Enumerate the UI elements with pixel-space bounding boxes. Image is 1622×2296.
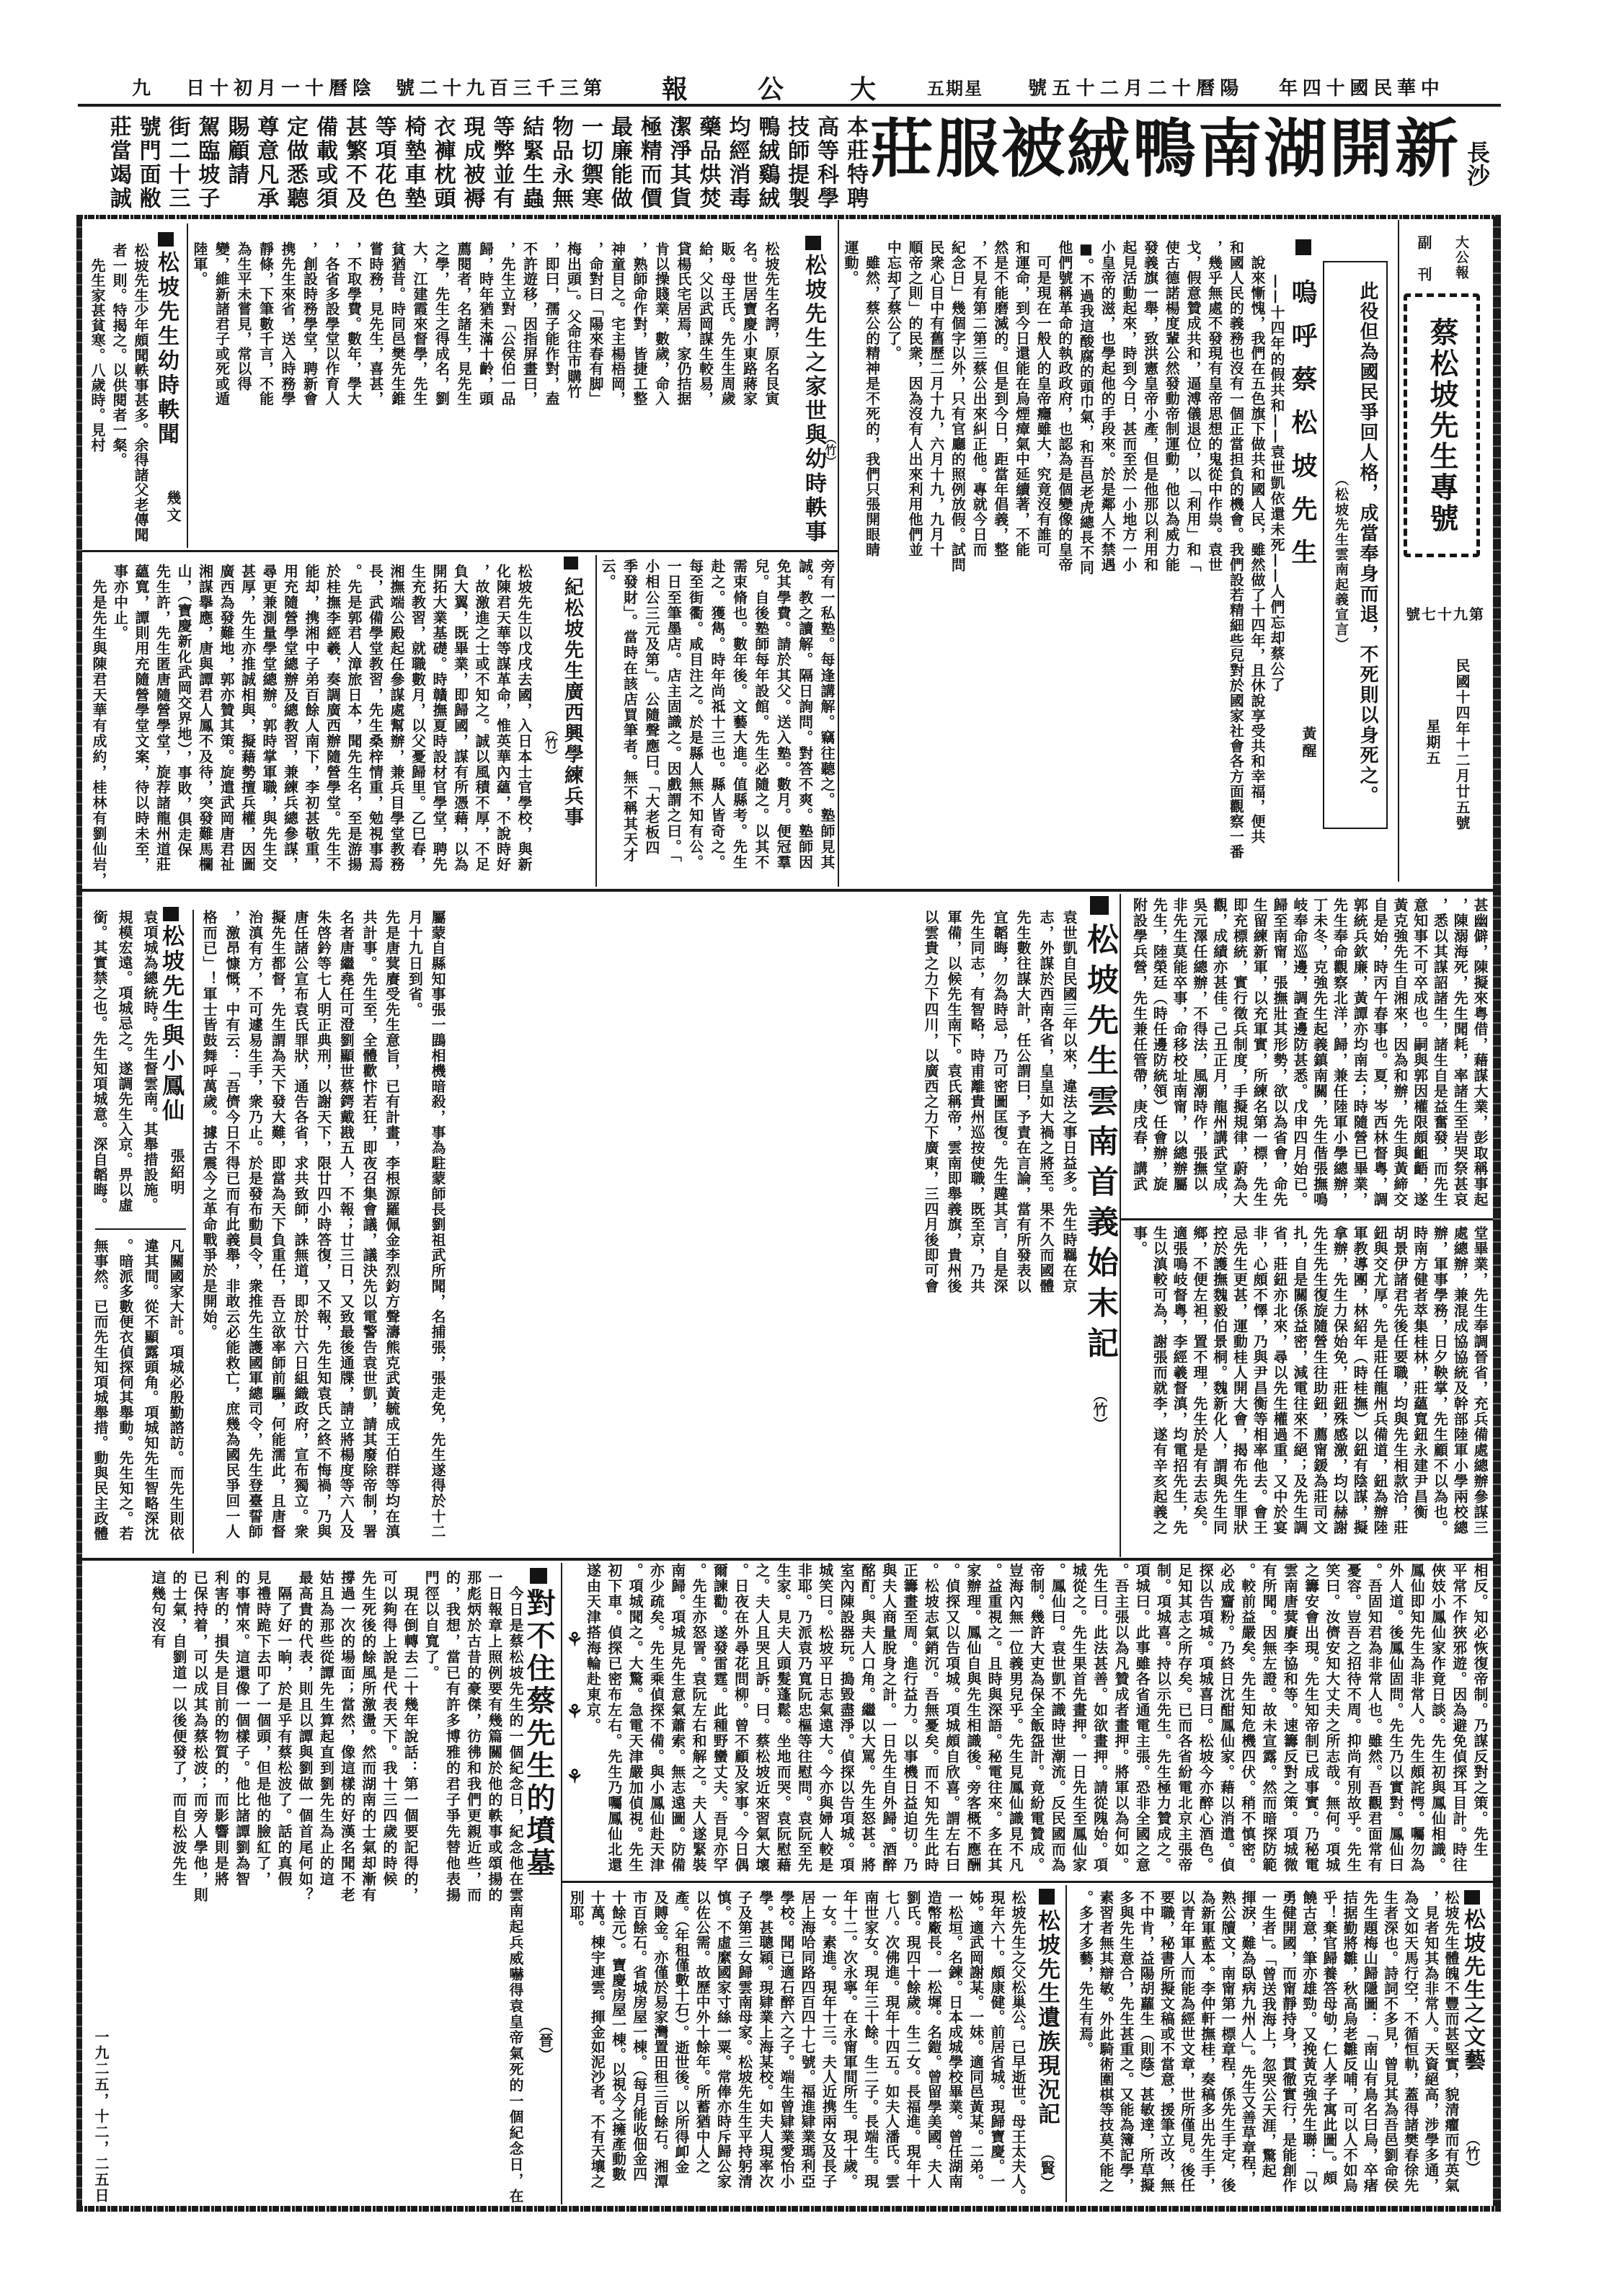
text-column: ，不見有第二第三蔡公出來糾正他。專就今日而 bbox=[967, 240, 989, 874]
text-column: 姑且為那些從譚先生算起直到劉先生為止的這 bbox=[315, 1570, 336, 2204]
text-column: 紀念日」幾個字以外，只有官廳的照例放假。試問 bbox=[947, 240, 968, 874]
ad-text-column: 最廉能做 bbox=[604, 115, 634, 212]
text-column: 時南方健者萃集桂林，莊蘊寬鈕永建尹昌衡 bbox=[1409, 1225, 1430, 1553]
text-column: 。吾固知君為非常人也。雖然。吾觀君面常有 bbox=[1363, 1563, 1384, 1880]
text-column: 起見活動起來，時到今日，甚而至於一小地方一小 bbox=[1117, 240, 1139, 874]
ad-shop-name: 新開湖南鴨絨被服莊 bbox=[870, 117, 1461, 180]
text-column: 雖然，蔡公的精神是不死的，我們只張開眼睛 bbox=[861, 240, 882, 874]
article-body-continued: 堂畢業，先生奉調晉省，充兵備處總辦參謀三處總辦，兼混成協協統及幹部陸軍小學兩校總… bbox=[1129, 1225, 1489, 1553]
text-column: 小皇帝的滋，也學起他的手段來。於是鄰人不禁遇 bbox=[1096, 240, 1118, 874]
text-column: 民衆心目中有舊歷二月十九，六月十九，九月十 bbox=[925, 240, 947, 874]
ad-text-column: 備載或須 bbox=[309, 115, 339, 212]
supplement-section-label: 副刊 bbox=[1415, 235, 1432, 298]
text-column: 辦，軍事學務，日夕鞅掌，先生顧不以為也。 bbox=[1430, 1225, 1450, 1553]
text-column: 隔了好一晌，於是乎有蔡松波了。話的真假 bbox=[273, 1570, 294, 2204]
column-divider bbox=[838, 220, 839, 887]
text-column: 為文如天馬行空，不循恒軌，蓋得諸樊春徐先 bbox=[1400, 1890, 1420, 2207]
text-column: 堂畢業，先生奉調晉省，充兵備處總辦參謀三 bbox=[1469, 1225, 1489, 1553]
text-column: 十萬。棟宇連雲。揮金如泥沙者。不有天壤之 bbox=[586, 1890, 607, 2207]
text-column: 南世家女。現年三十餘。生二子。長端生。現 bbox=[860, 1890, 881, 2207]
text-column: 袁世凱自民國三年以來，違法之事日益多。先生時羈在京 bbox=[1058, 910, 1081, 1555]
text-column: 事亦中止。 bbox=[109, 564, 130, 888]
text-column: 。益重視之。且時與深語。秘電往來。多在其 bbox=[983, 1563, 1004, 1880]
article-body: 袁世凱自民國三年以來，違法之事日益多。先生時羈在京志，外謀於西南各省，皇皇如大禍… bbox=[919, 910, 1081, 1555]
text-column: 揮淚，難為臥病九州人」。先生又善草章程， bbox=[1238, 1890, 1258, 2207]
ad-text-column: 潔淨其貨 bbox=[663, 115, 693, 212]
text-column: 及賻金。亦僅於易家灣置田租三百餘石。湘潭 bbox=[650, 1890, 670, 2207]
ad-text-column: 衣褲枕頭 bbox=[427, 115, 457, 212]
text-column: 朱啓鈐等七人明正典刑，以謝天下，限廿四小時答復，又不報，先生知袁氏之終不悔禍，乃… bbox=[311, 910, 334, 1555]
ad-text-column: 高等科學 bbox=[810, 115, 840, 212]
text-column: 貸楊氏宅居焉，家仍拮据 bbox=[673, 241, 695, 541]
text-column: 云。 bbox=[597, 559, 619, 887]
text-column: 神童目之。宅主楊梧岡， bbox=[606, 241, 629, 541]
ad-text-column: 鴨絨鷄絨 bbox=[751, 115, 781, 212]
text-column: ，不取學費。數年，學大 bbox=[342, 241, 365, 541]
ad-city: 長沙 bbox=[1463, 141, 1491, 187]
text-column: 鳳仙即知先生為非常人。先生頗詫愕。囑勿為 bbox=[1406, 1563, 1427, 1880]
text-column: 要職，秘書所擬文稿或不當意，援筆立改，無 bbox=[1156, 1890, 1176, 2207]
text-column: 歸，時年猶未滿十齡，頭 bbox=[474, 241, 497, 541]
quote-text: 此役但為國民爭回人格，成當奉身而退，不死則以身死之。 bbox=[1356, 281, 1379, 806]
text-column: 利害的，損失是目前的物質的，而影響則是將 bbox=[210, 1570, 231, 2204]
text-column: 先是唐蓂賡受先生意旨，已有計畫，李根源羅佩金李烈鈞方聲濤熊克武黃毓成王伯群等均在… bbox=[380, 910, 403, 1555]
text-column: 足知其志之所存矣。已而各省紛電北京主張帝 bbox=[1174, 1563, 1195, 1880]
column-divider bbox=[561, 1563, 562, 2204]
column-divider bbox=[595, 555, 597, 887]
text-column: 。日夜在外尋花問柳。曾不顧及家事。今日偶 bbox=[730, 1563, 750, 1880]
text-column: 戈，假意贊成共和，逼溥儀退位，以「利用」和「 bbox=[1182, 240, 1203, 874]
ad-text-column: 本莊特聘 bbox=[840, 115, 869, 212]
text-column: 先生死後的餘風所激盪。然而湖南的士氣却漸有 bbox=[358, 1570, 378, 2204]
text-column: 學校。聞已適石醉六之子。端生曾肄業愛怡小 bbox=[776, 1890, 797, 2207]
article-title: 嗚呼蔡松坡先生 bbox=[1288, 279, 1317, 582]
text-column: 附設學兵營，先生兼任管帶，庚戌春，講武 bbox=[1129, 897, 1149, 1215]
text-column: 規模宏遠。項城忌之。遂調先生入京。畀以虛 bbox=[112, 910, 137, 1227]
text-column: 共計事。先生至，全體歡忭若狂，即夜召集會議，議決先以電警告袁世凱，請其廢除帝制，… bbox=[357, 910, 380, 1555]
text-column: ，命對曰「陽來春有脚」 bbox=[585, 241, 607, 541]
text-column: 嘗時務，見先生，喜甚， bbox=[365, 241, 387, 541]
text-column: 學。甚聰穎。現肄業上海某校。如夫人現率次 bbox=[755, 1890, 776, 2207]
title-marker-icon bbox=[1039, 1889, 1055, 1905]
page-number: 九 bbox=[132, 79, 151, 98]
text-column: 以雲貴之力下四川，以廣西之力下廣東，三四月後即可會 bbox=[919, 910, 942, 1555]
title-marker-icon bbox=[1464, 1890, 1480, 1905]
text-column: 之學，先生之得成名，劉 bbox=[430, 241, 453, 541]
text-column: 現在倒轉去二十幾年說話：第一個要記得的， bbox=[399, 1570, 420, 2204]
text-column: 觀，成績亦甚佳。己丑正月，龍州講武堂成， bbox=[1209, 897, 1229, 1215]
paper-name-char: 大 bbox=[850, 76, 876, 102]
text-column: ，熟師命作對，皆捷工整 bbox=[629, 241, 651, 541]
text-column: 。暗派多數便衣偵探伺其舉動。先生知之。若 bbox=[112, 1238, 138, 1556]
text-column: 相反。知必恢復帝制。乃謀反對之策。先生 bbox=[1469, 1563, 1490, 1880]
text-column: 免其學費。請於其父。送入塾。數月。便冠羣 bbox=[772, 559, 794, 887]
text-column: 帝制。幾許大吏為保全飯盌計。竟紛電贊成。 bbox=[1025, 1563, 1046, 1880]
text-column: ，創設時務學堂，聘新會 bbox=[298, 241, 321, 541]
text-column: 姊。適武岡謝某。一妹。適同邑黃某。二弟。 bbox=[965, 1890, 985, 2207]
text-column: 那彪炳於古昔的豪傑，彷彿和我們更親近些，而 bbox=[462, 1570, 483, 2204]
text-column: 最高貴的代表，則且以譚與劉做一個首尾何如？ bbox=[294, 1570, 315, 2204]
text-column: 他們號稱革命的執政政府，也認為是個變像的皇帝 bbox=[1053, 240, 1075, 874]
text-column: 可以夠得上說是代表天下。我十三四歲的時候 bbox=[378, 1570, 399, 2204]
text-column: 和運命，到今日還能在烏煙瘴氣中延續著，不能 bbox=[1011, 240, 1032, 874]
article-title: 松坡先生雲南首義始末記 bbox=[1081, 923, 1117, 1367]
article-author: 張紹明 bbox=[168, 1148, 185, 1196]
title-marker-icon bbox=[163, 907, 179, 921]
text-column: 季發財」。當時在該店買筆者。無不稱其天才 bbox=[619, 559, 640, 887]
article-title: 對不住蔡先生的墳墓 bbox=[522, 1588, 555, 1880]
section-rule bbox=[82, 550, 838, 552]
text-column: 。松坡志氣銷沉。吾無憂矣。而不知先生此時 bbox=[920, 1563, 941, 1880]
text-column: 湘謀擧應，唐與譚君人鳳不及待，突發難馬欄 bbox=[194, 564, 216, 888]
text-column: 的，我想，當已有許多博雅的君子爭先替他表揚 bbox=[441, 1570, 462, 2204]
ad-text-column: 藥品烘焚 bbox=[693, 115, 722, 212]
section-rule bbox=[82, 889, 1493, 892]
text-column: 松坡先生體魄不豐而甚堅實，貌清癯而有英氣 bbox=[1441, 1890, 1461, 2207]
text-column: ，故激進之士或不知之。誠以風積不厚，不足 bbox=[471, 564, 492, 888]
text-column: 。偵探又以告項城。項城頗自欣喜。謂左右曰 bbox=[941, 1563, 962, 1880]
text-column: 之籌安會出現。先生知帝制已成事實。乃秘電 bbox=[1300, 1563, 1321, 1880]
article-author: 黃醒 bbox=[1300, 726, 1317, 761]
text-column: 使古德諾楊度輩公然發動帝制運動，他以為威力能 bbox=[1161, 240, 1182, 874]
text-column: 。先是郭君人漳旅日本，聞先生名，至是游揚 bbox=[343, 564, 365, 888]
text-column: 扎，自是關係益密，減電往來不絕；及先生調 bbox=[1289, 1225, 1309, 1553]
article-body: 今日是蔡松坡先生的一個紀念日，紀念他在雲南起兵威嚇得袁皇帝氣死的一個紀念日，在這… bbox=[146, 1570, 526, 2204]
page-left-border bbox=[76, 216, 82, 2210]
text-column: 城笑曰。松坡平日志氣遠大。今亦與婦人較是 bbox=[815, 1563, 836, 1880]
text-column: 項城曰。此事雖各省通電主張。恐非全國之意 bbox=[1131, 1563, 1152, 1880]
ad-text-column: 等弊並有 bbox=[486, 115, 515, 212]
text-column: 宜韜晦，勿為時忌，乃可密圖匡復。先生韙其言，自是深 bbox=[988, 910, 1011, 1555]
text-column: 唐任諸公宣布袁氏罪狀，通告各省，求共致師，誅無道，即於廿六日組織政府，宣布獨立。… bbox=[288, 910, 311, 1555]
ad-text-column: 技師提製 bbox=[781, 115, 810, 212]
text-column: 的士氣，自劉道一以後便發了，而自松波先生 bbox=[168, 1570, 189, 2204]
text-column: 十餘元）。寶慶房屋一棟。以視今之擁產動數 bbox=[607, 1890, 628, 2207]
title-marker-icon bbox=[158, 232, 174, 247]
text-column: 多與先生意合，先生甚重之。又能為簿記學， bbox=[1116, 1890, 1136, 2207]
lunar-date: 陰曆十一月初十日 bbox=[186, 79, 376, 98]
text-column: 。先生亦怒詈。袁阮左右和解之。夫人遂緊裝 bbox=[688, 1563, 709, 1880]
text-column: 。多才多藝，先生有焉。 bbox=[1075, 1890, 1095, 2207]
text-column: 松坡先生少年頗聞軼事甚多。余得諸父老傳聞 bbox=[130, 243, 151, 542]
text-column: 胡景伊諸君先後任要職，均與先生相款洽，莊 bbox=[1389, 1225, 1409, 1553]
article-title: 松坡先生之文藝 bbox=[1459, 1908, 1485, 2073]
text-column: 岐奉命巡邊，調查邊防甚悉。戊申四月始已。 bbox=[1289, 897, 1309, 1215]
text-column: 湘撫端公殿起任參謀處幫辦，兼兵目學堂教務 bbox=[386, 564, 407, 888]
text-column: 可是現在一般人的皇帝癮雖大，究竟沒有誰可 bbox=[1032, 240, 1053, 874]
text-column: 俠妓小鳳仙家作竟日談。先生初與鳳仙相識。 bbox=[1427, 1563, 1448, 1880]
text-column: 先生家甚貧寒。八歲時。見村 bbox=[87, 243, 108, 542]
text-column: 為生平未嘗見，常以得 bbox=[233, 241, 255, 541]
text-column: 一松垣。名鍊。日本成城學校畢業。曾任湖南 bbox=[944, 1890, 965, 2207]
text-column: 年十二。次永寧。在永甯軍間所生。現十歲。 bbox=[838, 1890, 859, 2207]
text-column: 松坡先生名諤，原名艮寅 bbox=[761, 241, 783, 541]
text-column: 銜。其實禁之也。先生知項城意。深自韜晦。 bbox=[87, 910, 112, 1227]
text-column: 。鳳仙曰。袁世凱不識時世潮流。反民國而為 bbox=[1047, 1563, 1068, 1880]
text-column: 市百餘石。省城房屋一棟。（每月能收佃金四 bbox=[628, 1890, 649, 2207]
text-column: 治滇有方，不可遽易生手，衆乃止。於是發布動員令，衆推先生護國軍總司令，先生登臺誓… bbox=[243, 910, 266, 1555]
article-body-continued: 甚幽僻，陳擬來粤借，藉謀大業，彭取稱事起，陳溺海死，先生聞耗，率諸生至岩哭祭甚哀… bbox=[1129, 897, 1489, 1215]
text-column: 制。項城喜。持以示先生。先生極力贊成之。 bbox=[1152, 1563, 1173, 1880]
text-column: 即充標統，實行徵兵制度，手擬規律，蔚為大 bbox=[1229, 897, 1249, 1215]
text-column: 生者深也。詩詞不多見，曾見其為吾邑劉命侯 bbox=[1380, 1890, 1400, 2207]
solar-date: 陽曆十二月二十五號 bbox=[1028, 79, 1244, 98]
text-column: 現年六十。頗康健。前居省城。現歸寶慶。一 bbox=[986, 1890, 1007, 2207]
article-dateline: 一九二五，十二，二五日 bbox=[91, 2029, 111, 2204]
text-column: 。吾主張以為凡贊成者畫押。將軍以為何如。 bbox=[1110, 1563, 1131, 1880]
text-column: 能却，携湘中子弟百餘人南下，李初甚敬重， bbox=[301, 564, 322, 888]
text-column: 劉氏。現四十餘歲。生二女。長福進。現年十 bbox=[902, 1890, 923, 2207]
text-column: ，即曰，孺子能作對，盍 bbox=[541, 241, 563, 541]
paper-name-char: 公 bbox=[758, 76, 784, 102]
section-rule bbox=[82, 1558, 1493, 1561]
article-author: 幾文 bbox=[164, 490, 182, 525]
article-author: （晉） bbox=[536, 2018, 554, 2062]
column-divider bbox=[187, 223, 188, 548]
text-column: 。項城聞之。大驚。急電天津嚴加偵視。先生 bbox=[624, 1563, 645, 1880]
article-title: 紀松坡先生廣西興學練兵事 bbox=[560, 577, 583, 828]
section-rule bbox=[1121, 1218, 1493, 1220]
ad-text-column: 均經消毒 bbox=[722, 115, 752, 212]
ad-text-column: 甚繁不及 bbox=[339, 115, 368, 212]
flower-ornament-icon: ⚘ bbox=[565, 1629, 584, 1651]
text-column: 乎！棄官歸養答母劬，仁人孝子寓此圖」。頗 bbox=[1319, 1890, 1339, 2207]
text-column: 吳元澤任總辦，不得法，風潮時作，張撫以 bbox=[1189, 897, 1209, 1215]
text-column: 非，心頗不懌，乃與尹昌衡等相率他去。會王 bbox=[1249, 1225, 1269, 1553]
text-column: 携先生來省，送入時務學 bbox=[277, 241, 299, 541]
text-column: 郭統兵欽廉，黃譚亦均南去；時隨營已畢業， bbox=[1349, 897, 1369, 1215]
text-column: ，悉以其謀詔諸生，諸生自是益奮發，而先生 bbox=[1430, 897, 1450, 1215]
text-column: 之。夫人且哭且訴。曰。蔡松坡近來習氣大壞 bbox=[751, 1563, 772, 1880]
text-column: 擬先生都督，先生謂為天下發大難，即當為天下負重任，吾立欲率師前驅，何能濡此，且唐… bbox=[266, 910, 289, 1555]
ad-text-column: 定做悉聽 bbox=[280, 115, 309, 212]
text-column: 誠。教之讀解。隔日詢問。對答不爽。塾師因 bbox=[794, 559, 815, 887]
ad-text-column: 椅墊車墊 bbox=[398, 115, 427, 212]
text-column: 名者唐繼堯任可澄劉顯世蔡鍔戴戡五人，不報；廿三日，又致最後通牒，請立將楊度等六人… bbox=[334, 910, 358, 1555]
text-column: 雲南唐蓂賡李協和等。速籌反對之策。項城微 bbox=[1279, 1563, 1300, 1880]
article-body-lower: 凡關國家大計。項城必殷勤諮訪。而先生則依違其間。從不顯露頭角。項城知先生智略深沈… bbox=[87, 1238, 188, 1556]
text-column: 尋更兼測量學堂總辦。郭時掌軍職，與先生交 bbox=[258, 564, 280, 888]
text-column: 黃克強先生自湘來，因為和辦，先生與黃締交 bbox=[1389, 897, 1409, 1215]
column-divider bbox=[1065, 1885, 1067, 2202]
text-column: 違其間。從不顯露頭角。項城知先生智略深沈 bbox=[138, 1238, 163, 1556]
title-marker-icon bbox=[805, 236, 821, 250]
article-body-lower: 旁有一私塾。每逢講解。竊往聽之。塾師見其誠。教之讀解。隔日詢問。對答不爽。塾師因… bbox=[597, 559, 838, 887]
text-column: 大，江建霞來督學，先生 bbox=[409, 241, 431, 541]
article-author: （竹） bbox=[543, 723, 557, 762]
text-column: ，陳溺海死，先生聞耗，率諸生至岩哭祭甚哀 bbox=[1449, 897, 1469, 1215]
text-column: 七八。次佛進。現年十四五。如夫人潘氏。雲 bbox=[881, 1890, 902, 2207]
text-column: 外人道。後鳳仙固問。先生乃以實對。鳳仙曰 bbox=[1385, 1563, 1406, 1880]
text-column: 旁有一私塾。每逢講解。竊往聽之。塾師見其 bbox=[816, 559, 838, 887]
text-column: 不許遊移，因指屏畫曰， bbox=[518, 241, 541, 541]
text-column: 負大翼，既畢業，即歸國，謀有所憑藉，以為 bbox=[449, 564, 471, 888]
text-column: 一女。素進。現年十三。夫人近携兩女及長子 bbox=[817, 1890, 838, 2207]
text-column: 熟公牘文，南甯第一標章程，係先生手定，後 bbox=[1218, 1890, 1238, 2207]
newspaper-page: 九 陰曆十一月初十日 第三千三百九十二號 報 公 大 星期五 陽曆十二月二十五號… bbox=[0, 0, 1622, 2296]
text-column: 於桂撫李經羲，奏調廣西辦隨營學堂。先生不 bbox=[322, 564, 343, 888]
article-body-upper: 袁項城為總統時。先生督雲南。其舉措設施。規模宏遠。項城忌之。遂調先生入京。畀以虛… bbox=[87, 910, 162, 1227]
column-divider bbox=[1120, 894, 1121, 1557]
article-title: 松坡先生之家世與幼時軼事 bbox=[801, 254, 825, 544]
text-column: 居上海哈同路四百四十七號。福進肄業瑪利亞 bbox=[797, 1890, 817, 2207]
article-body-continued: 相反。知必恢復帝制。乃謀反對之策。先生平常不作狹邪遊。因為避免偵探耳目計。時往俠… bbox=[582, 1563, 1490, 1880]
text-column: 與夫人商量脫身之計。一日先生自外歸。酒醉 bbox=[877, 1563, 898, 1880]
text-column: 用充隨營學堂總辦及總教習，兼練兵總參謀， bbox=[279, 564, 301, 888]
supplement-weekday: 星期五 bbox=[1424, 719, 1441, 766]
text-column: 今日是蔡松坡先生的一個紀念日，紀念他在雲南起兵威嚇得袁皇帝氣死的一個紀念日，在這 bbox=[505, 1570, 526, 2204]
text-column: 亦少疏矣。先生乘偵探不備。與小鳳仙赴天津 bbox=[645, 1563, 666, 1880]
ad-text-column: 莊當竭誠 bbox=[103, 115, 133, 212]
text-column: ，先生立對「公侯伯一品 bbox=[497, 241, 519, 541]
text-column: 松坡先生以戊戌去國，入日本士官學校，與新 bbox=[513, 564, 535, 888]
text-column: 為新軍藍本。李仲軒撫桂，奏稿多出先生手， bbox=[1197, 1890, 1218, 2207]
text-column: 見禮時跪下去叩了一個頭，但是他的臉紅了， bbox=[252, 1570, 273, 2204]
text-column: 忌先生更甚，運動桂人開大會，揭布先生罪狀 bbox=[1229, 1225, 1249, 1553]
text-column: 事。 bbox=[1129, 1225, 1149, 1553]
weekday: 星期五 bbox=[927, 80, 983, 97]
text-column: 軍備，以候先生南下。袁氏稱帝，雲南即舉義旗，貴州後 bbox=[942, 910, 965, 1555]
text-column: 控於護撫魏毅伯景桐。魏新化人，謂與先生同 bbox=[1209, 1225, 1229, 1553]
text-column: 開拓大業基礎。時贛撫夏時設材官學堂，聘先 bbox=[428, 564, 450, 888]
article-author: （竹） bbox=[1091, 1388, 1108, 1431]
text-column: 的事情來。這還像一個樣子。他比諸譚劉為智 bbox=[231, 1570, 252, 2204]
text-column: 甚厚，先生亦推誠相與，擬藉勢擅兵權，因圖 bbox=[236, 564, 258, 888]
article-body: 松坡先生體魄不豐而甚堅實，貌清癯而有英氣，見者知其為非常人。天資絕高，涉學多通，… bbox=[1075, 1890, 1461, 2207]
text-column: 非先生莫能卒事，命移校址南甯，以總辦屬 bbox=[1169, 897, 1189, 1215]
paper-name-char: 報 bbox=[662, 76, 688, 102]
flower-ornament-icon: ⚘ bbox=[565, 1701, 584, 1723]
text-column: 意知事不可卒成也。嗣與郭因權限頗齟齬，遂 bbox=[1409, 897, 1430, 1215]
article-title: 松坡先生遺族現況記 bbox=[1034, 1909, 1060, 2127]
text-column: 發義旗一舉，致洪憲皇帝小產，但是他那以利用和 bbox=[1139, 240, 1161, 874]
title-marker-icon bbox=[1090, 896, 1109, 915]
title-marker-icon bbox=[564, 557, 578, 569]
text-column: 赴之。獲雋。時年尚祗十三也。縣人皆奇之。 bbox=[706, 559, 728, 887]
text-column: 生家。見夫人頭髮蓬鬆。坐地而哭。袁阮慰藉 bbox=[772, 1563, 793, 1880]
text-column: ，幾乎無處不發現有皇帝思想的鬼從中作祟。袁世 bbox=[1203, 240, 1225, 874]
text-column: 給，父以武岡謀生較易， bbox=[694, 241, 717, 541]
text-column: 酩酊。與夫人口角。繼以大罵。先生怒甚。將 bbox=[856, 1563, 877, 1880]
text-column: 城從之。先生果首先畫押。一日先生至鳳仙家 bbox=[1068, 1563, 1089, 1880]
page-right-border bbox=[1493, 216, 1501, 2210]
text-column: 歸至南甯，張撫壯其形勢，欲以為省會，命先 bbox=[1269, 897, 1289, 1215]
text-column: 平常不作狹邪遊。因為避免偵探耳目計。時往 bbox=[1448, 1563, 1468, 1880]
text-column: 無事然。已而先生知項城舉措。動與民主政體 bbox=[87, 1238, 112, 1556]
text-column: 貧猶昔。時同邑樊先生錐 bbox=[386, 241, 409, 541]
text-column: 先是先生與陳君天華有成約，桂林有劉仙岩， bbox=[88, 564, 110, 888]
text-column: 袁項城為總統時。先生督雲南。其舉措設施。 bbox=[137, 910, 162, 1227]
text-column: 靜條，下筆數千言，不能 bbox=[254, 241, 277, 541]
ad-text-column: 號門面敝 bbox=[133, 115, 162, 212]
flower-ornament-icon: ⚘ bbox=[565, 1766, 584, 1788]
text-column: 饒古意，筆亦雄勁。又挽黃克強先生聯：「以 bbox=[1299, 1890, 1319, 2207]
text-column: 先生許，先生匿唐隨營學堂，旋荐諸龍州道莊 bbox=[151, 564, 173, 888]
text-column: 月十九日到省。 bbox=[403, 910, 426, 1555]
section-rule bbox=[95, 1228, 186, 1230]
ad-text-column: 一切禦寒 bbox=[575, 115, 604, 212]
text-column: 每至街衢。咸目注之。於是縣人無不知有公。 bbox=[684, 559, 706, 887]
text-column: 。較前益嚴矣。先生知危機四伏。稍不慎密。 bbox=[1236, 1563, 1257, 1880]
masthead-column-divider bbox=[1398, 220, 1399, 882]
text-column: 慎。不虛縻國家寸絲一粟。常俸亦時斥歸公家 bbox=[712, 1890, 733, 2207]
era-year: 中華民國十四年 bbox=[1279, 79, 1445, 98]
text-column: 南歸。項城見先生意氣蕭索。無志遠圖。防備 bbox=[666, 1563, 687, 1880]
text-column: 家辦理。鳳仙自與先生相識後。旁客概不應酬 bbox=[962, 1563, 983, 1880]
text-column: 先生曰。此法甚善。如欲畫押。請從隗始。項 bbox=[1089, 1563, 1109, 1880]
text-column: 省，莊鈕亦北來，尋以先生權過重，又中於宴 bbox=[1269, 1225, 1289, 1553]
article-body: 屬蒙自縣知事張一鵾相機暗殺，事為駐蒙師長劉祖武所聞，名捕張，張走免，先生遂得於十… bbox=[197, 910, 448, 1555]
text-column: 有所聞。因無左證。故未宣露。然而暗探防範 bbox=[1258, 1563, 1279, 1880]
section-rule bbox=[562, 1881, 1493, 1883]
text-column: 陸軍。 bbox=[189, 241, 211, 541]
ad-body: 本莊特聘高等科學技師提製鴨絨鷄絨均經消毒藥品烘焚潔淨其貨極精而價最廉能做一切禦寒… bbox=[103, 115, 869, 212]
text-column: ，見者知其為非常人。天資絕高，涉學多通， bbox=[1421, 1890, 1441, 2207]
text-column: 兒。自後塾師每年設館。先生必隨之。以其不 bbox=[750, 559, 771, 887]
text-column: 一日至筆墨店。店主固識之。因戲謂之曰。「 bbox=[662, 559, 684, 887]
text-column: 爾諫勸。遂發雷霆。此種野蠻丈夫。吾見亦罕 bbox=[709, 1563, 730, 1880]
text-column: ，激昂慷慨，中有云：「吾儕今日不得已而有此義舉，非敢云必能救亡，庶幾為國民爭回一… bbox=[220, 910, 243, 1555]
text-column: 拿辦，先生力保始免，莊鈕殊感激，均以赫謝 bbox=[1329, 1225, 1350, 1553]
text-column: 必成齏粉。乃終日沈酣鳳仙家。藉以消遣。偵 bbox=[1215, 1563, 1236, 1880]
special-issue-title: 蔡松坡先生專號 bbox=[1424, 317, 1459, 534]
issue-number: 第三千三百九十二號 bbox=[396, 79, 607, 98]
text-column: 自是始，時丙午春事也。夏，岑西林督粵，調 bbox=[1369, 897, 1389, 1215]
text-column: 一日報章上照例要有幾篇關於他的軼事或頌揚的 bbox=[484, 1570, 505, 2204]
article-author: （竹） bbox=[823, 433, 836, 467]
article-body: 說來慚愧，我們在五色旗下做共和國人民，雖然做了十四年，且休說享受共和幸福，便共和… bbox=[839, 240, 1267, 874]
text-column: 運動。 bbox=[839, 240, 861, 874]
text-column: 順帝之則」的民衆，因為沒有人出來利用他們並 bbox=[903, 240, 925, 874]
text-column: 小相公三元及第」。公隨聲應曰。「大老板四 bbox=[640, 559, 662, 887]
ad-text-column: 等項花色 bbox=[368, 115, 398, 212]
text-column: 先生奉命觀察北洋，歸，兼任陸軍小學總辦， bbox=[1329, 897, 1350, 1215]
title-marker-icon bbox=[1295, 239, 1311, 255]
text-column: 初下車。偵探已密布左右。先生乃囑鳳仙北還 bbox=[603, 1563, 624, 1880]
title-marker-icon bbox=[530, 1568, 547, 1584]
text-column: 梅出頭」。父命往市購竹 bbox=[562, 241, 585, 541]
ad-text-column: 現成被褥 bbox=[457, 115, 487, 212]
text-column: 說來慚愧，我們在五色旗下做共和國人民，雖然做了十四年，且休說享受共和幸福，便共 bbox=[1246, 240, 1267, 874]
text-column: 正籌畫至周。進行益力。以事機日益迫切。乃 bbox=[899, 1563, 920, 1880]
ad-text-column: 賜顧請 bbox=[221, 115, 250, 212]
text-column: 鈕與交尤厚。先是莊任龍州兵備道，鈕為辦陸 bbox=[1369, 1225, 1389, 1553]
text-column: ■。不過我這酸腐的頭巾氣，和吾邑老虎總長不同 bbox=[1075, 240, 1096, 874]
ad-text-column: 駕臨坡子 bbox=[192, 115, 221, 212]
article-body: 松坡先生名諤，原名艮寅名。世居寶慶小東路蔣家販。母王氏。先生生周歲給，父以武岡謀… bbox=[189, 241, 782, 541]
text-column: 屬蒙自縣知事張一鵾相機暗殺，事為駐蒙師長劉祖武所聞，名捕張，張走免，先生遂得於十… bbox=[425, 910, 448, 1555]
supplement-date: 民國十四年十二月廿五號 bbox=[1453, 658, 1471, 831]
article-body: 松坡先生之父松巢公。已早逝世。母王太夫人。現年六十。頗康健。前居省城。現歸寶慶。… bbox=[565, 1890, 1028, 2207]
text-column: 廣西為發難地，郭亦贊其策。旋遣武岡唐君祉 bbox=[216, 564, 237, 888]
text-column: 別耶。 bbox=[565, 1890, 586, 2207]
text-column: 松坡先生之父松巢公。已早逝世。母王太夫人。 bbox=[1007, 1890, 1028, 2207]
text-column: 化陳君天華等謀革命，惟英華內蘊，不說時好 bbox=[492, 564, 513, 888]
text-column: 先生同志，有智略，時甫離貴州巡按使職，既至京，乃共 bbox=[965, 910, 988, 1555]
ad-text-column: 尊意凡承 bbox=[250, 115, 280, 212]
article-author: （賢） bbox=[1038, 2146, 1055, 2189]
text-column: 者一則。特揭之。以供閱者一粲。 bbox=[108, 243, 130, 542]
text-column: 販。母王氏。先生生周歲 bbox=[717, 241, 739, 541]
text-column: 甚幽僻，陳擬來粤借，藉謀大業，彭取稱事起 bbox=[1469, 897, 1489, 1215]
text-column: 產。（年租僅數十石）。逝世後。以所得卹金 bbox=[670, 1890, 691, 2207]
article-title: 松坡先生幼時軼聞 bbox=[154, 251, 178, 447]
text-column: 格而已」！軍士皆鼓舞呼萬歲。據古震今之革命戰爭於是開始。 bbox=[197, 910, 220, 1555]
text-column: 已保持着，可以成其為蔡松波；而旁人學他，則 bbox=[189, 1570, 210, 2204]
text-column: 一生者」。「曾送我海上，忽哭公天涯，驚起 bbox=[1258, 1890, 1278, 2207]
supplement-issue-number: 第九十七號 bbox=[1406, 607, 1485, 621]
text-column: 生充教習，就職數月，以父憂歸里。乙巳春， bbox=[407, 564, 428, 888]
